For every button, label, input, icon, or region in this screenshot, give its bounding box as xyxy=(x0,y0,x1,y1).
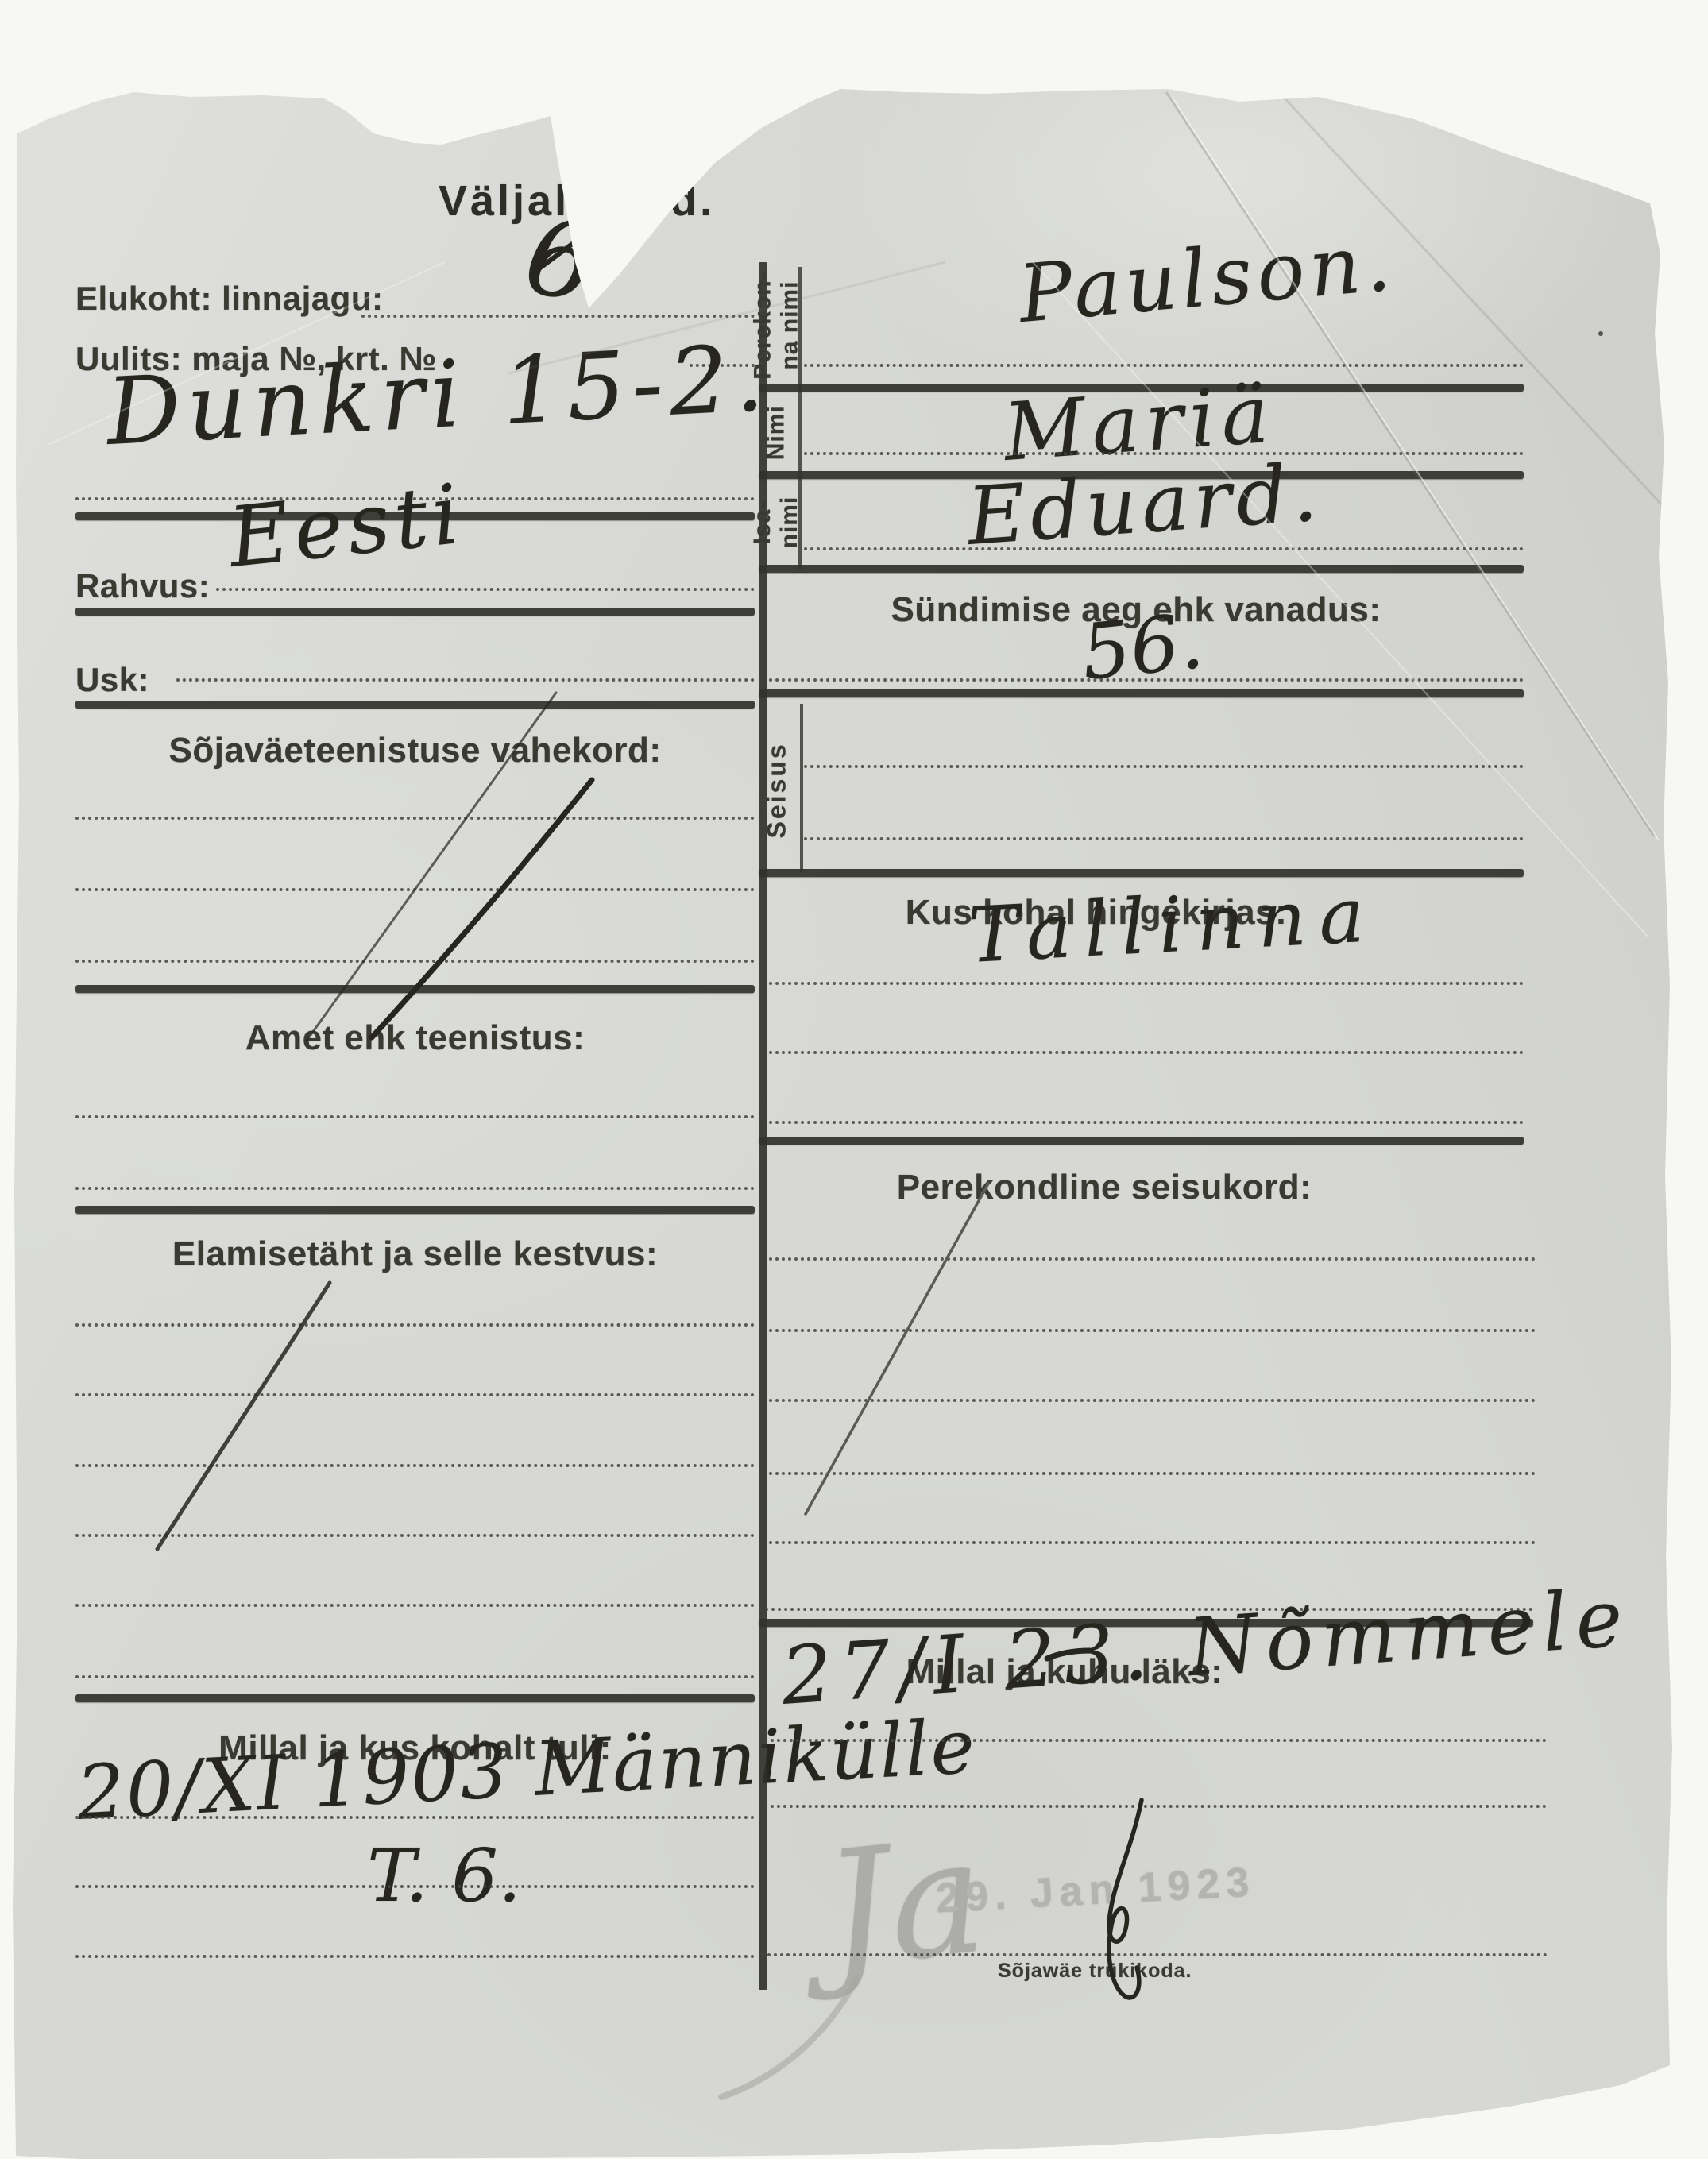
departure-handwritten-value: 27/I 23. Nõmmele xyxy=(779,1571,1633,1723)
surname-label: Perekon- na nimi xyxy=(755,266,798,385)
dotted-line xyxy=(75,1393,755,1396)
dotted-line xyxy=(769,1399,1536,1402)
surname-handwritten-value: Paulson. xyxy=(1015,215,1399,341)
residence-label: Elukoht: linnajagu: xyxy=(75,280,383,318)
dotted-line xyxy=(764,1739,1547,1742)
status-label-text: Seisus xyxy=(763,742,792,838)
occupation-heading: Amet ehk teenistus: xyxy=(75,1018,755,1058)
rule-bar xyxy=(75,608,755,616)
religion-dotted-line xyxy=(176,678,755,682)
dotted-line xyxy=(75,1115,755,1118)
dotted-line xyxy=(75,1604,755,1607)
ink-speck xyxy=(1554,136,1560,142)
dotted-line xyxy=(804,837,1524,840)
family-status-label: Perekondline seisukord: xyxy=(763,1168,1446,1207)
military-heading: Sõjaväeteenistuse vahekord: xyxy=(75,731,755,771)
dotted-line xyxy=(769,1051,1524,1054)
dotted-line xyxy=(75,1323,755,1327)
family-status-slash xyxy=(806,1184,988,1514)
dotted-line xyxy=(761,1953,1548,1956)
form-title: Väljaläinud. xyxy=(439,176,715,226)
rule-bar xyxy=(759,689,1524,697)
dotted-line xyxy=(75,888,755,891)
rule-bar xyxy=(759,869,1524,877)
dotted-line xyxy=(769,678,1524,682)
nationality-handwritten-value: Eesti xyxy=(224,465,468,586)
nationality-label: Rahvus: xyxy=(75,567,210,605)
dotted-line xyxy=(764,1805,1547,1808)
permit-heading: Elamisetäht ja selle kestvus: xyxy=(75,1234,755,1274)
dotted-line xyxy=(75,1675,755,1678)
dotted-line xyxy=(75,817,755,820)
dotted-line xyxy=(804,765,1524,768)
father-name-label-text: Isa- nimi xyxy=(749,496,802,549)
date-stamp: 29. Jan 1923 xyxy=(935,1859,1257,1923)
rule-bar xyxy=(75,701,755,709)
rule-bar xyxy=(759,565,1524,573)
dotted-line xyxy=(769,1472,1536,1475)
surname-label-text: Perekon- na nimi xyxy=(749,272,802,380)
rule-bar xyxy=(759,1137,1524,1145)
dotted-line xyxy=(75,1464,755,1467)
name-label-text: Nimi xyxy=(763,405,790,460)
ink-speck xyxy=(1598,331,1603,336)
nationality-dotted-line xyxy=(216,588,755,591)
dotted-line xyxy=(75,1885,755,1888)
registry-handwritten-value: Tallinna xyxy=(966,870,1379,980)
rule-bar xyxy=(75,1694,755,1702)
dotted-line xyxy=(804,364,1524,367)
printer-note: Sõjawäe trükikoda. xyxy=(998,1960,1192,1983)
birth-handwritten-value: 56. xyxy=(1077,597,1208,697)
status-label: Seisus xyxy=(755,711,801,870)
dotted-line xyxy=(769,1121,1524,1124)
rule-bar xyxy=(75,1206,755,1214)
scanner-background: Väljaläinud. 6 Elukoht: linnajagu: Uulit… xyxy=(0,0,1708,2159)
dotted-line xyxy=(75,1187,755,1190)
dotted-line xyxy=(769,1257,1536,1261)
residence-dotted-line xyxy=(361,315,755,318)
dotted-line xyxy=(75,1816,755,1819)
dotted-line xyxy=(75,1955,755,1958)
dotted-line xyxy=(769,982,1524,985)
name-label: Nimi xyxy=(755,393,798,473)
form-paper: Väljaläinud. 6 Elukoht: linnajagu: Uulit… xyxy=(0,0,1708,2159)
dotted-line xyxy=(804,452,1524,455)
dotted-line xyxy=(75,960,755,963)
dotted-line xyxy=(804,547,1524,550)
father-name-label: Isa- nimi xyxy=(755,481,798,565)
rule-bar xyxy=(75,985,755,993)
dotted-line xyxy=(75,1534,755,1537)
arrival-handwritten-value-2: T. 6. xyxy=(367,1833,521,1918)
dotted-line xyxy=(769,1541,1536,1544)
dotted-line xyxy=(769,1329,1536,1332)
religion-label: Usk: xyxy=(75,661,149,699)
